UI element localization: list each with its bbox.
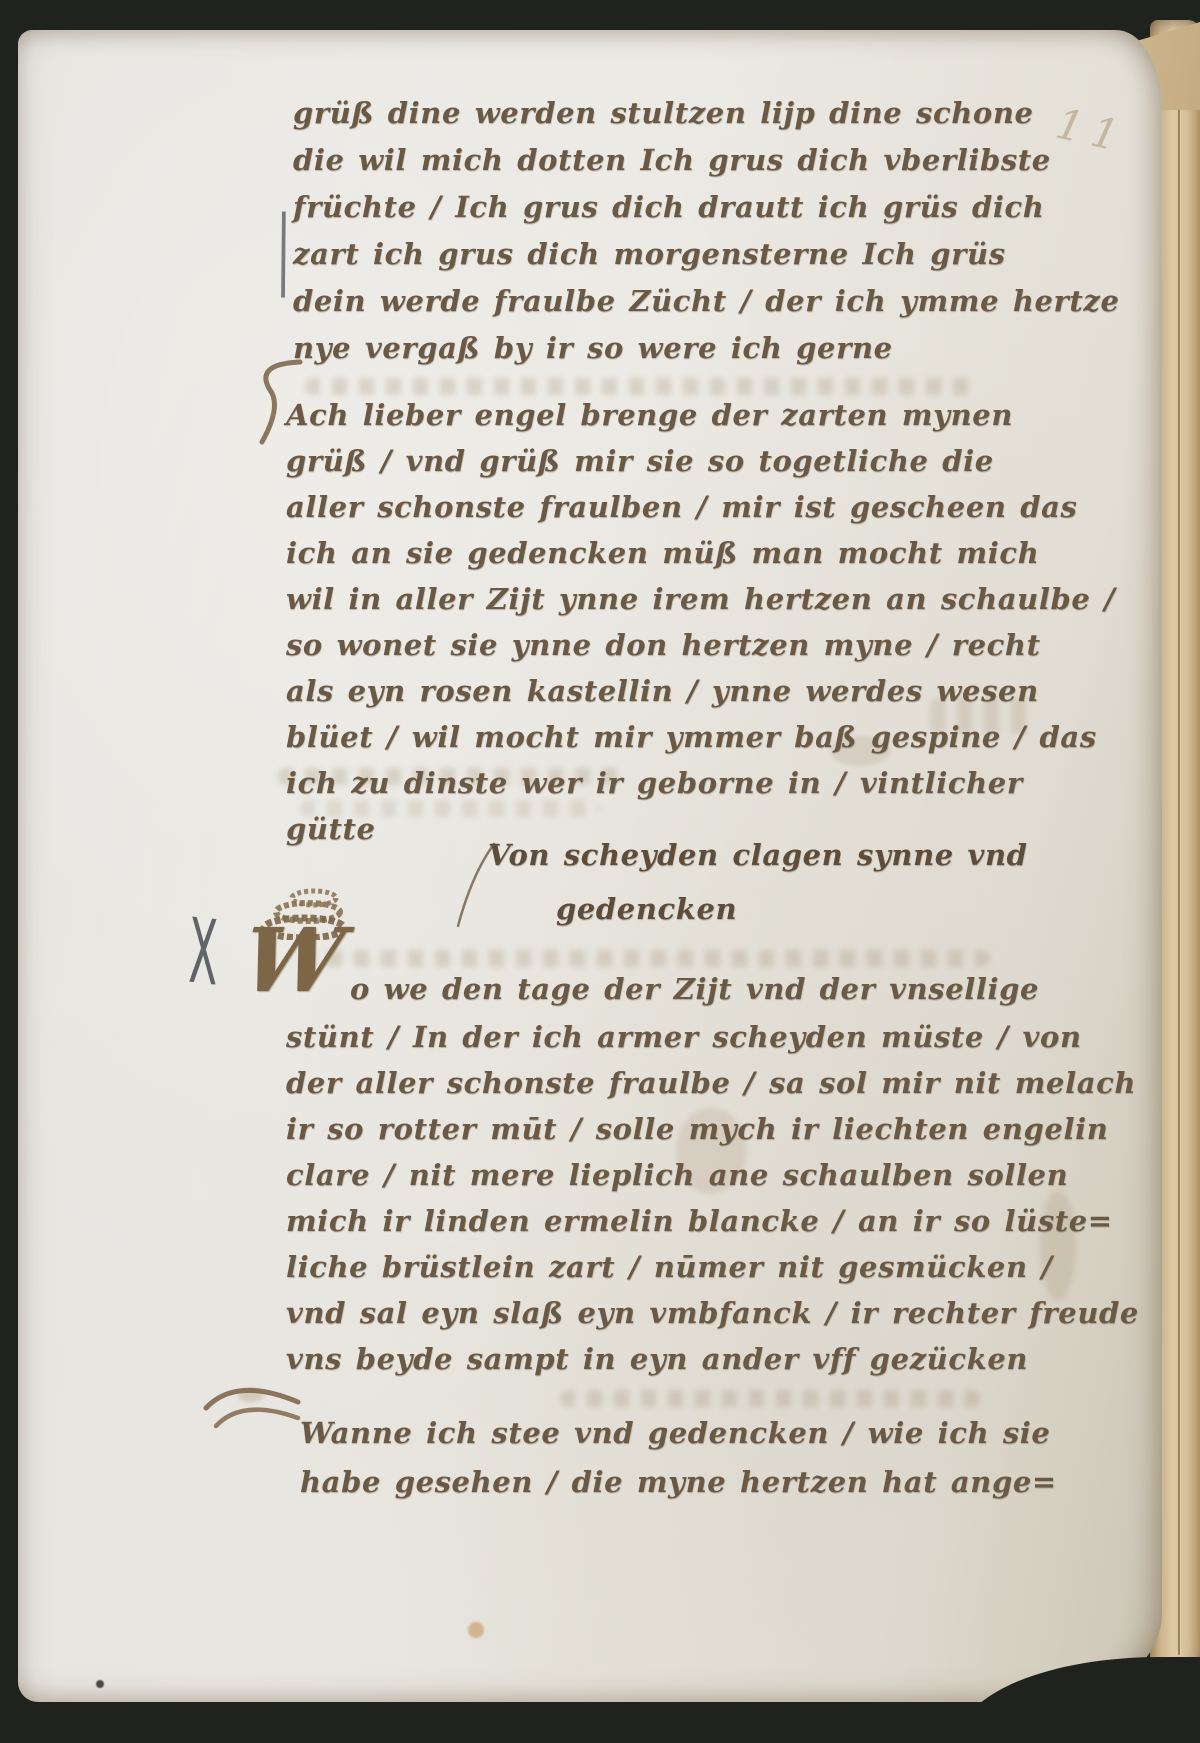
text-line: vnd sal eyn slaß eyn vmbfanck / ir recht… — [286, 1296, 1139, 1342]
stain — [468, 1622, 484, 1638]
text-line: die wil mich dotten Ich grus dich vberli… — [293, 143, 1120, 190]
text-line: grüß dine werden stultzen lijp dine scho… — [293, 96, 1120, 143]
pencil-x-mark: X — [188, 902, 219, 1003]
text-line: dein werde fraulbe Zücht / der ich ymme … — [293, 284, 1120, 331]
ink-show-through — [560, 1390, 980, 1407]
text-line: der aller schonste fraulbe / sa sol mir … — [286, 1066, 1139, 1112]
text-line: blüet / wil mocht mir ymmer baß gespine … — [286, 720, 1115, 766]
cadel-initial: W — [238, 916, 349, 1004]
manuscript-photo: { "colors": { "backing": "#20231d", "pap… — [0, 0, 1200, 1743]
stain — [96, 1680, 104, 1688]
text-line: Ach lieber engel brenge der zarten mynen — [286, 398, 1115, 444]
text-line: grüß / vnd grüß mir sie so togetliche di… — [286, 444, 1115, 490]
heading-line: gedencken — [452, 892, 1028, 926]
text-line: wil in aller Zijt ynne irem hertzen an s… — [286, 582, 1115, 628]
text-line: liche brüstlein zart / nūmer nit gesmück… — [286, 1250, 1139, 1296]
text-line: ich zu dinste wer ir geborne in / vintli… — [286, 766, 1115, 812]
text-line: ir so rotter mūt / solle mych ir liechte… — [286, 1112, 1139, 1158]
fore-edge-crease — [1178, 53, 1180, 1654]
text-line: clare / nit mere lieplich ane schaulben … — [286, 1158, 1139, 1204]
text-line: aller schonste fraulben / mir ist gesche… — [286, 490, 1115, 536]
text-line: habe gesehen / die myne hertzen hat ange… — [300, 1465, 1057, 1514]
text-line: Wanne ich stee vnd gedencken / wie ich s… — [300, 1416, 1057, 1465]
text-line: nye vergaß by ir so were ich gerne — [293, 331, 1120, 378]
text-line: stünt / In der ich armer scheyden müste … — [286, 1020, 1139, 1066]
text-line: mich ir linden ermelin blancke / an ir s… — [286, 1204, 1139, 1250]
paragraph-ach-lieber-engel: Ach lieber engel brenge der zarten mynen… — [286, 398, 1115, 858]
margin-stroke-mark: | — [275, 198, 292, 298]
text-line: so wonet sie ynne don hertzen myne / rec… — [286, 628, 1115, 674]
text-line: früchte / Ich grus dich drautt ich grüs … — [293, 190, 1120, 237]
text-line: o we den tage der Zijt vnd der vnsellige — [350, 972, 1039, 1006]
text-line: als eyn rosen kastellin / ynne werdes we… — [286, 674, 1115, 720]
paragraph-greeting: grüß dine werden stultzen lijp dine scho… — [293, 96, 1120, 378]
ink-show-through — [305, 378, 975, 395]
text-line: zart ich grus dich morgensterne Ich grüs — [293, 237, 1120, 284]
heading-line: Von scheyden clagen synne vnd — [452, 838, 1028, 892]
text-line: ich an sie gedencken müß man mocht mich — [286, 536, 1115, 582]
section-heading: Von scheyden clagen synne vnd gedencken — [452, 838, 1028, 926]
paragraph-swash — [200, 1376, 304, 1442]
text-line: vns beyde sampt in eyn ander vff gezücke… — [286, 1342, 1139, 1388]
ink-show-through — [300, 950, 990, 967]
paragraph-wanne-ich-stee: Wanne ich stee vnd gedencken / wie ich s… — [300, 1416, 1057, 1514]
paragraph-o-we-den-tage: stünt / In der ich armer scheyden müste … — [286, 1020, 1139, 1388]
